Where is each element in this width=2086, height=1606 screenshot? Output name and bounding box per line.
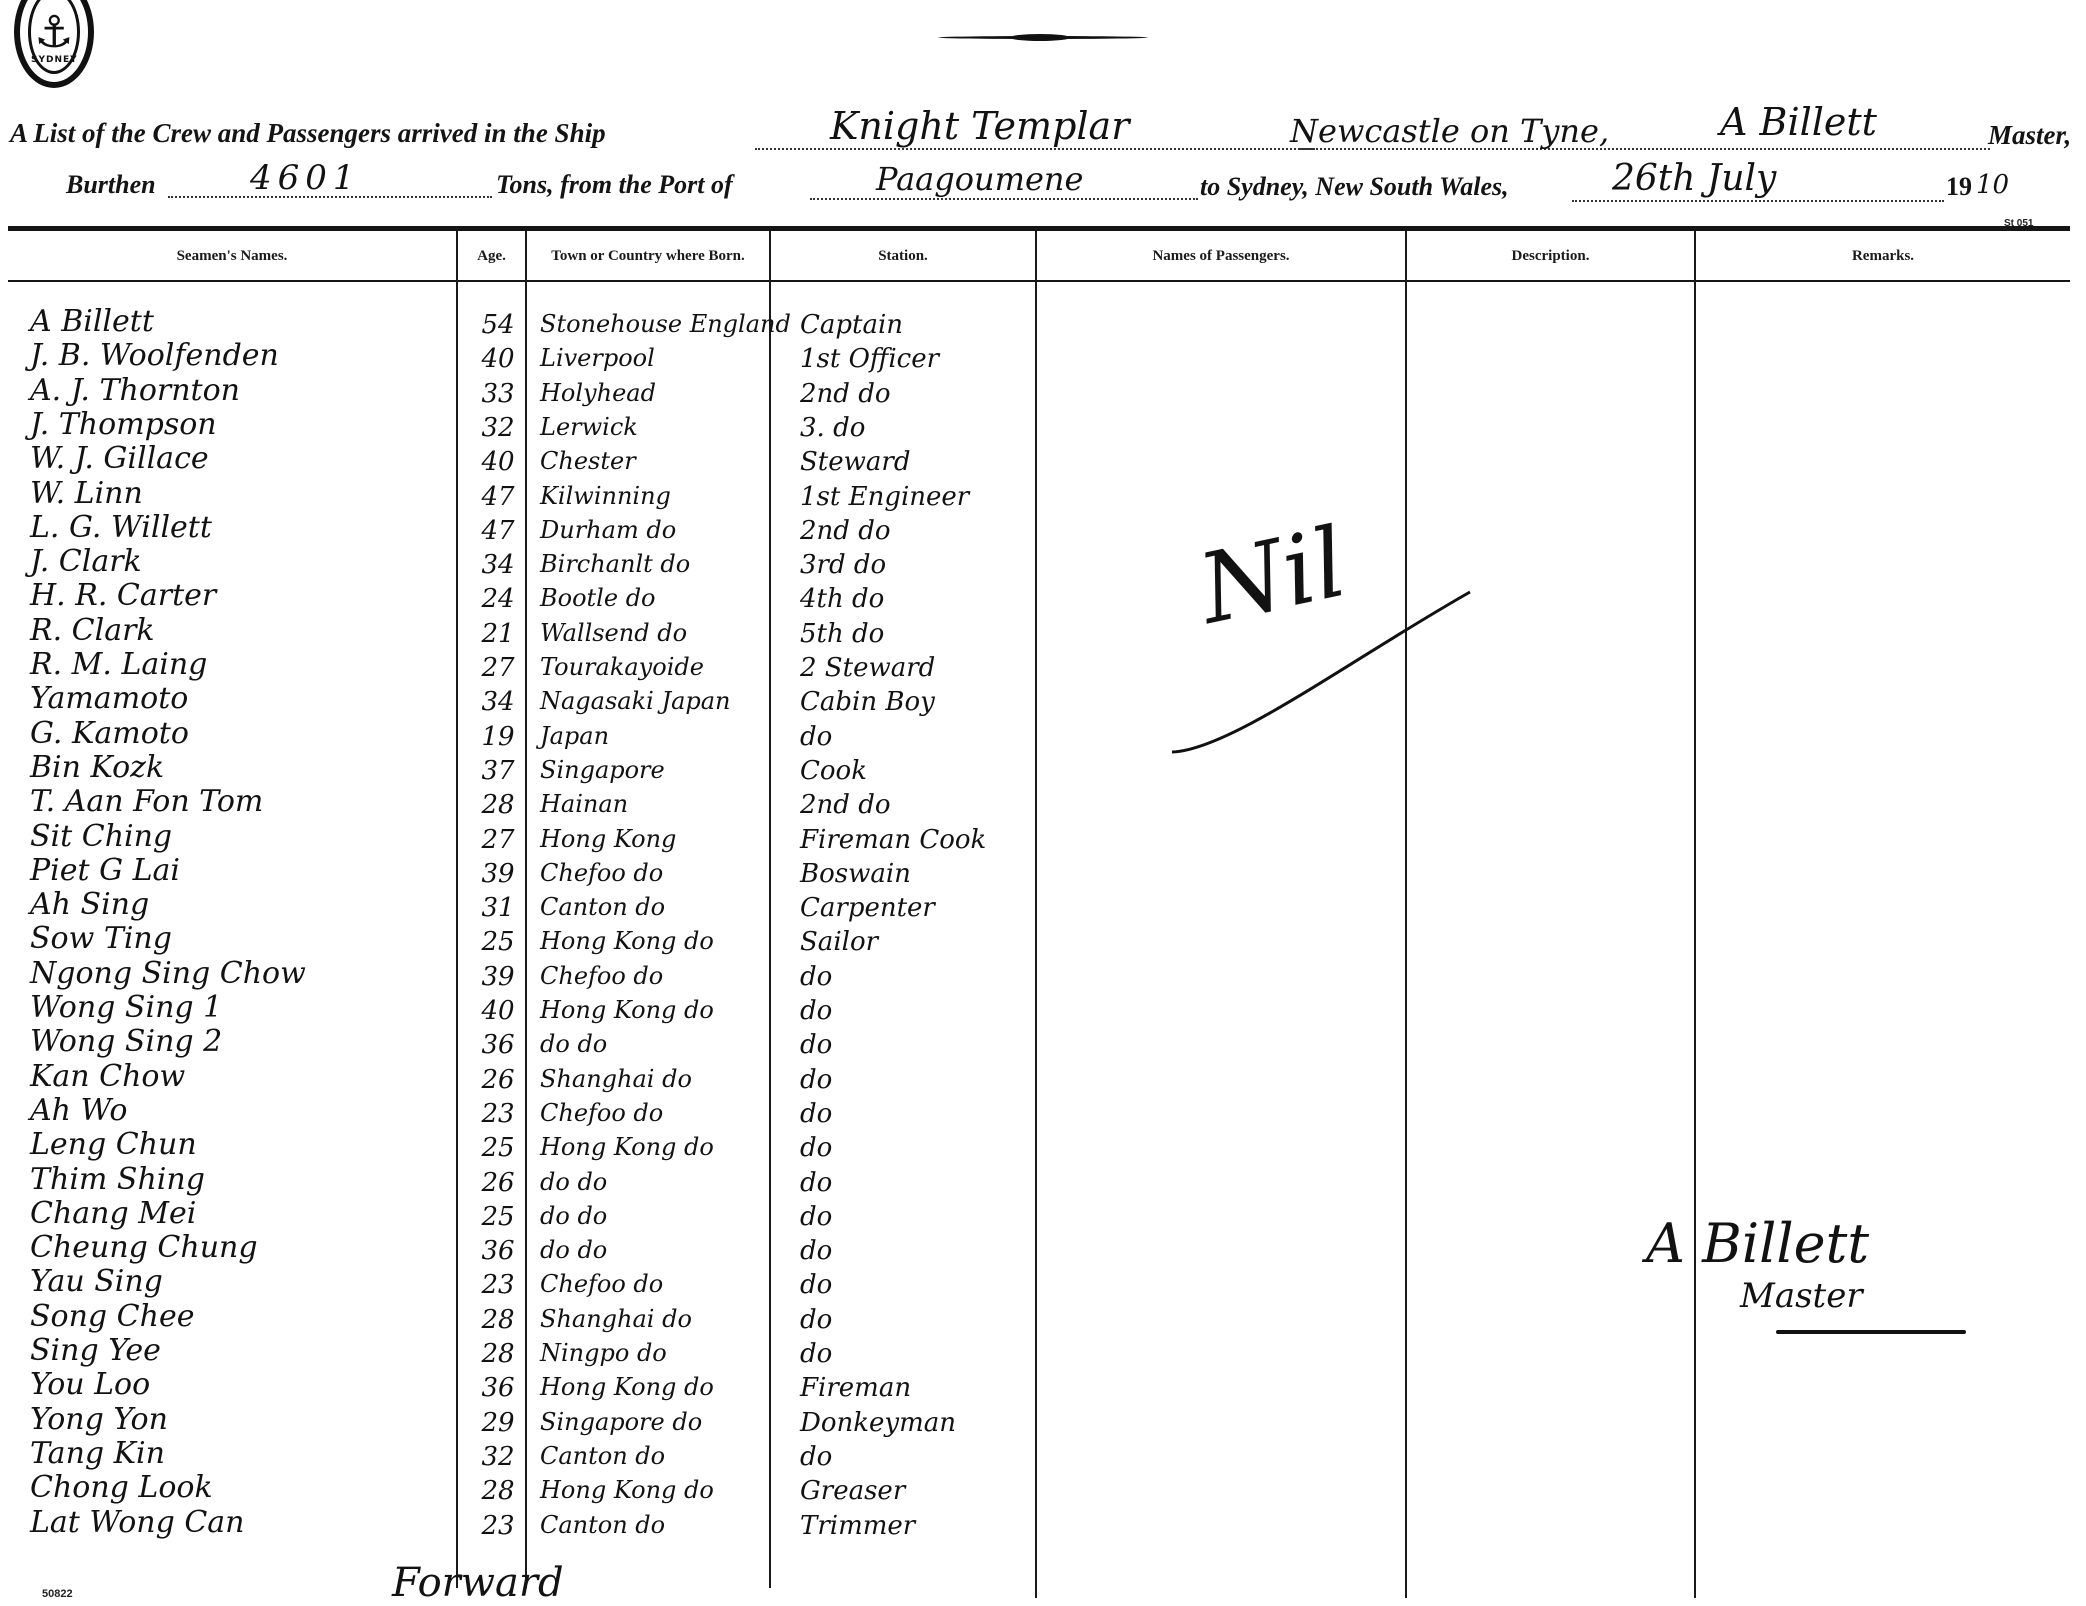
- crew-age: 36: [470, 1373, 526, 1403]
- crew-birthplace: Hainan: [540, 790, 628, 818]
- crew-station: Captain: [800, 310, 903, 340]
- crew-birthplace: Hong Kong do: [540, 1373, 714, 1401]
- crew-name: G. Kamoto: [30, 716, 189, 751]
- crew-name: Cheung Chung: [30, 1230, 258, 1265]
- crew-name: Kan Chow: [30, 1059, 185, 1094]
- header-thick-rule: [8, 226, 2070, 231]
- crew-name: Ah Sing: [30, 887, 149, 922]
- crew-age: 33: [470, 379, 526, 409]
- crew-birthplace: Tourakayoide: [540, 653, 704, 681]
- master-label: Master,: [1988, 120, 2071, 151]
- crew-station: Donkeyman: [800, 1408, 956, 1438]
- crew-age: 28: [470, 1476, 526, 1506]
- crew-station: do: [800, 1202, 832, 1232]
- col-divider-station: [769, 228, 771, 1588]
- crew-name: A Billett: [30, 304, 154, 339]
- crew-birthplace: Nagasaki Japan: [540, 687, 731, 715]
- crew-age: 47: [470, 516, 526, 546]
- crew-age: 26: [470, 1065, 526, 1095]
- crew-station: do: [800, 996, 832, 1026]
- crew-birthplace: Shanghai do: [540, 1305, 692, 1333]
- ship-field-dots: [755, 148, 1315, 150]
- crew-birthplace: do do: [540, 1236, 607, 1264]
- crew-age: 25: [470, 927, 526, 957]
- crew-birthplace: Durham do: [540, 516, 676, 544]
- crew-station: do: [800, 962, 832, 992]
- crew-station: Cook: [800, 756, 867, 786]
- crew-name: Chong Look: [30, 1470, 213, 1505]
- crew-age: 36: [470, 1030, 526, 1060]
- crew-age: 39: [470, 859, 526, 889]
- crew-age: 36: [470, 1236, 526, 1266]
- crew-birthplace: Hong Kong do: [540, 1133, 714, 1161]
- crew-name: Leng Chun: [30, 1127, 197, 1162]
- from-port-dots: [810, 198, 1198, 200]
- crew-name: Wong Sing 1: [30, 990, 222, 1025]
- master-name: A Billett: [1720, 100, 1877, 144]
- burthen-value: 4601: [250, 158, 361, 198]
- crew-age: 54: [470, 310, 526, 340]
- crew-name: Ah Wo: [30, 1093, 127, 1128]
- crew-station: 4th do: [800, 584, 884, 614]
- crew-birthplace: Chefoo do: [540, 1270, 663, 1298]
- crew-name: Wong Sing 2: [30, 1024, 222, 1059]
- col-header-born: Town or Country where Born.: [527, 248, 769, 265]
- crew-age: 23: [470, 1270, 526, 1300]
- col-header-names: Seamen's Names.: [8, 248, 456, 265]
- crew-age: 32: [470, 413, 526, 443]
- master-signature-title: Master: [1740, 1276, 1863, 1316]
- crew-age: 25: [470, 1202, 526, 1232]
- crew-birthplace: Chester: [540, 447, 636, 475]
- crew-name: Chang Mei: [30, 1196, 196, 1231]
- crew-age: 31: [470, 893, 526, 923]
- crew-station: Cabin Boy: [800, 687, 935, 717]
- crew-name: R. M. Laing: [30, 647, 207, 682]
- col-header-remarks: Remarks.: [1696, 248, 2070, 265]
- crew-station: do: [800, 1305, 832, 1335]
- crew-station: 1st Officer: [800, 344, 939, 374]
- crew-station: 2nd do: [800, 516, 891, 546]
- crew-age: 40: [470, 447, 526, 477]
- signature-underline: [1776, 1330, 1966, 1334]
- crew-station: Boswain: [800, 859, 911, 889]
- crew-age: 19: [470, 722, 526, 752]
- col-divider-age: [456, 228, 458, 1588]
- top-decorative-rule-center: [1010, 34, 1070, 41]
- crew-birthplace: do do: [540, 1168, 607, 1196]
- crew-age: 47: [470, 482, 526, 512]
- crew-age: 28: [470, 1339, 526, 1369]
- crew-age: 40: [470, 344, 526, 374]
- ship-name: Knight Templar: [830, 104, 1129, 148]
- crew-station: 2nd do: [800, 790, 891, 820]
- crew-birthplace: Lerwick: [540, 413, 638, 441]
- crew-name: J. Clark: [30, 544, 142, 579]
- master-signature: A Billett: [1646, 1212, 1869, 1275]
- crew-station: Fireman: [800, 1373, 911, 1403]
- crew-name: H. R. Carter: [30, 578, 216, 613]
- crew-birthplace: Kilwinning: [540, 482, 671, 510]
- crew-station: Carpenter: [800, 893, 935, 923]
- crew-name: Song Chee: [30, 1299, 194, 1334]
- crew-birthplace: Chefoo do: [540, 962, 663, 990]
- to-sydney-label: to Sydney, New South Wales,: [1200, 172, 1509, 202]
- burthen-label: Burthen: [66, 170, 156, 200]
- crew-birthplace: Stonehouse England: [540, 310, 791, 338]
- crew-age: 29: [470, 1408, 526, 1438]
- crew-age: 24: [470, 584, 526, 614]
- crew-birthplace: Japan: [540, 722, 609, 750]
- year-prefix: 19: [1946, 172, 1972, 202]
- crew-name: Sit Ching: [30, 819, 172, 854]
- col-header-passengers: Names of Passengers.: [1037, 248, 1405, 265]
- crew-age: 23: [470, 1511, 526, 1541]
- crew-birthplace: Hong Kong: [540, 825, 676, 853]
- crew-station: Trimmer: [800, 1511, 915, 1541]
- crew-name: Tang Kin: [30, 1436, 165, 1471]
- col-header-description: Description.: [1407, 248, 1694, 265]
- crew-name: A. J. Thornton: [30, 373, 240, 408]
- crew-name: Piet G Lai: [30, 853, 180, 888]
- crew-station: do: [800, 1099, 832, 1129]
- crew-station: do: [800, 1339, 832, 1369]
- col-divider-remarks: [1694, 228, 1696, 1598]
- crew-name: Ngong Sing Chow: [30, 956, 306, 991]
- crew-age: 32: [470, 1442, 526, 1472]
- crew-birthplace: Birchanlt do: [540, 550, 690, 578]
- crew-age: 40: [470, 996, 526, 1026]
- crew-station: Fireman Cook: [800, 825, 986, 855]
- crew-birthplace: Chefoo do: [540, 859, 663, 887]
- crew-station: Steward: [800, 447, 910, 477]
- title-line-1: A List of the Crew and Passengers arrive…: [10, 118, 606, 149]
- crew-name: W. J. Gillace: [30, 441, 209, 476]
- crew-birthplace: Canton do: [540, 1442, 665, 1470]
- nil-strike-line: [1170, 580, 1490, 760]
- seal-inner-ring: ⚓ SYDNEY: [28, 0, 80, 74]
- crew-birthplace: Bootle do: [540, 584, 656, 612]
- crew-name: Lat Wong Can: [30, 1505, 244, 1540]
- crew-birthplace: Singapore: [540, 756, 665, 784]
- crew-birthplace: Canton do: [540, 1511, 665, 1539]
- crew-station: 3rd do: [800, 550, 886, 580]
- crew-station: do: [800, 722, 832, 752]
- crew-station: 3. do: [800, 413, 865, 443]
- crew-age: 27: [470, 825, 526, 855]
- crew-birthplace: Hong Kong do: [540, 996, 714, 1024]
- crew-name: T. Aan Fon Tom: [30, 784, 263, 819]
- crew-name: L. G. Willett: [30, 510, 212, 545]
- shipping-office-seal: ⚓ SYDNEY: [14, 0, 94, 88]
- crew-age: 28: [470, 1305, 526, 1335]
- crew-birthplace: Shanghai do: [540, 1065, 692, 1093]
- crew-station: do: [800, 1168, 832, 1198]
- ship-port: Newcastle on Tyne,: [1290, 112, 1609, 150]
- crew-age: 28: [470, 790, 526, 820]
- col-divider-description: [1405, 228, 1407, 1598]
- arrival-date: 26th July: [1612, 158, 1776, 199]
- date-field-dots: [1572, 200, 1944, 202]
- crew-name: Yong Yon: [30, 1402, 168, 1437]
- crew-name: Yamamoto: [30, 681, 188, 716]
- crew-station: 1st Engineer: [800, 482, 969, 512]
- crew-birthplace: Wallsend do: [540, 619, 687, 647]
- crew-birthplace: Hong Kong do: [540, 1476, 714, 1504]
- tons-label: Tons, from the Port of: [496, 170, 733, 200]
- header-thin-rule: [8, 280, 2070, 282]
- crew-name: Thim Shing: [30, 1162, 205, 1197]
- crew-station: Greaser: [800, 1476, 905, 1506]
- crew-age: 37: [470, 756, 526, 786]
- forward-note: Forward: [392, 1560, 564, 1606]
- crew-name: Yau Sing: [30, 1264, 163, 1299]
- crew-birthplace: do do: [540, 1030, 607, 1058]
- col-header-age: Age.: [458, 248, 525, 265]
- crew-age: 26: [470, 1168, 526, 1198]
- crew-age: 34: [470, 550, 526, 580]
- crew-name: R. Clark: [30, 613, 155, 648]
- crew-station: do: [800, 1133, 832, 1163]
- crew-birthplace: Chefoo do: [540, 1099, 663, 1127]
- from-port: Paagoumene: [876, 160, 1083, 198]
- crew-age: 34: [470, 687, 526, 717]
- crew-birthplace: Canton do: [540, 893, 665, 921]
- crew-name: J. B. Woolfenden: [30, 338, 279, 373]
- crew-birthplace: Hong Kong do: [540, 927, 714, 955]
- crew-name: J. Thompson: [30, 407, 217, 442]
- crew-birthplace: Liverpool: [540, 344, 655, 372]
- crew-station: do: [800, 1236, 832, 1266]
- crew-station: 5th do: [800, 619, 884, 649]
- crew-name: W. Linn: [30, 476, 143, 511]
- master-field-dots: [1612, 148, 1990, 150]
- crew-station: Sailor: [800, 927, 878, 957]
- crew-birthplace: Singapore do: [540, 1408, 702, 1436]
- crew-birthplace: do do: [540, 1202, 607, 1230]
- col-divider-passengers: [1035, 228, 1037, 1598]
- crew-birthplace: Ningpo do: [540, 1339, 667, 1367]
- crew-station: do: [800, 1442, 832, 1472]
- seal-text: SYDNEY: [31, 55, 77, 65]
- col-header-station: Station.: [771, 248, 1035, 265]
- crew-age: 21: [470, 619, 526, 649]
- anchor-icon: ⚓: [31, 11, 77, 55]
- crew-station: do: [800, 1065, 832, 1095]
- year-suffix: 10: [1976, 170, 2009, 200]
- crew-name: Sow Ting: [30, 921, 172, 956]
- crew-name: Bin Kozk: [30, 750, 164, 785]
- crew-station: do: [800, 1030, 832, 1060]
- crew-age: 25: [470, 1133, 526, 1163]
- crew-station: do: [800, 1270, 832, 1300]
- crew-name: Sing Yee: [30, 1333, 161, 1368]
- print-code: 50822: [42, 1588, 73, 1600]
- crew-birthplace: Holyhead: [540, 379, 656, 407]
- crew-age: 27: [470, 653, 526, 683]
- crew-name: You Loo: [30, 1367, 150, 1402]
- crew-age: 23: [470, 1099, 526, 1129]
- crew-station: 2 Steward: [800, 653, 935, 683]
- crew-station: 2nd do: [800, 379, 891, 409]
- crew-age: 39: [470, 962, 526, 992]
